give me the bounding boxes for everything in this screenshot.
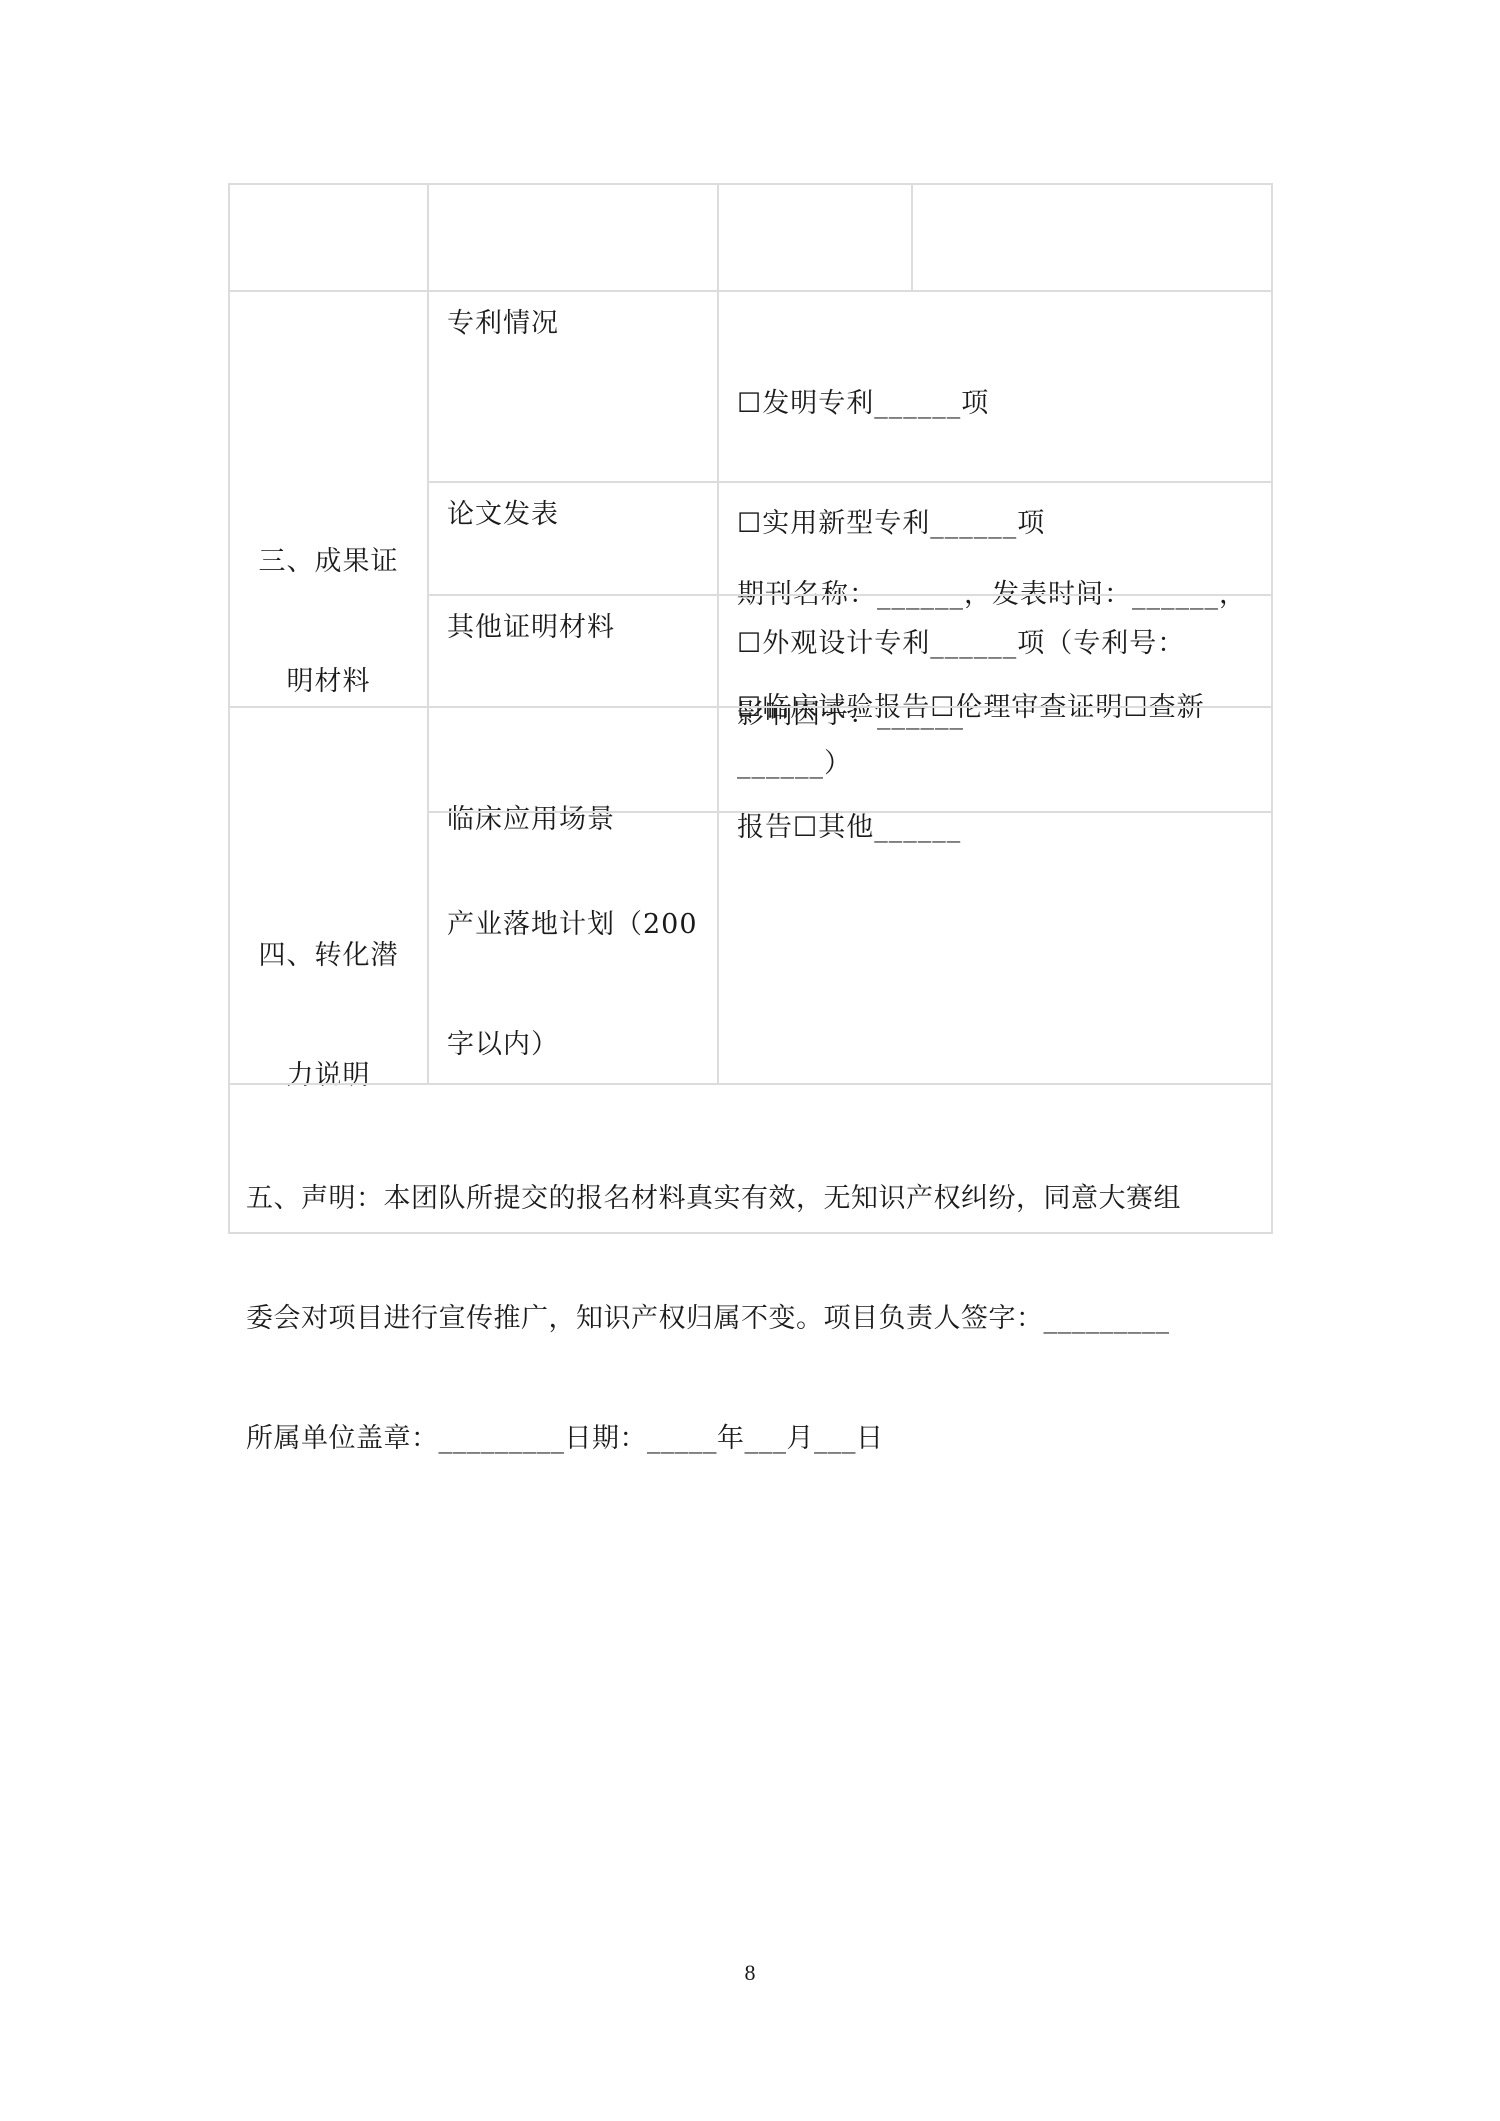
page-number: 8: [0, 1960, 1500, 1986]
declaration-line-3-seal-date[interactable]: 所属单位盖章：_________日期：_____年___月___日: [246, 1419, 1261, 1459]
industry-plan-input[interactable]: [717, 811, 1273, 1085]
declaration-cell: 五、声明：本团队所提交的报名材料真实有效，无知识产权纠纷，同意大赛组 委会对项目…: [228, 1083, 1273, 1234]
section3-title-line-2: 明材料: [230, 662, 427, 702]
paper-label-cell: 论文发表: [427, 481, 719, 596]
clinical-scenario-input[interactable]: [717, 706, 1273, 813]
other-proof-value-cell[interactable]: ☐临床试验报告☐伦理审查证明☐查新 报告☐其他______: [717, 594, 1273, 708]
section3-title-line-1: 三、成果证: [230, 542, 427, 582]
patent-label: 专利情况: [447, 304, 707, 344]
industry-plan-label-line-2: 字以内）: [447, 1025, 707, 1065]
document-page: 三、成果证 明材料 专利情况 ☐发明专利______项 ☐实用新型专利_____…: [0, 0, 1500, 2121]
declaration-line-1: 五、声明：本团队所提交的报名材料真实有效，无知识产权纠纷，同意大赛组: [246, 1179, 1261, 1219]
industry-plan-label-cell: 产业落地计划（200 字以内）: [427, 811, 719, 1085]
clinical-scenario-label-cell: 临床应用场景: [427, 706, 719, 813]
other-proof-label: 其他证明材料: [447, 608, 707, 648]
top-row-cell-3: [717, 183, 913, 292]
paper-label: 论文发表: [447, 495, 707, 535]
patent-label-cell: 专利情况: [427, 290, 719, 483]
patent-value-cell[interactable]: ☐发明专利______项 ☐实用新型专利______项 ☐外观设计专利_____…: [717, 290, 1273, 483]
top-row-cell-2: [427, 183, 719, 292]
invention-patent-checkbox[interactable]: ☐发明专利______项: [737, 384, 1261, 424]
other-proof-label-cell: 其他证明材料: [427, 594, 719, 708]
section4-title-cell: 四、转化潜 力说明: [228, 706, 429, 1085]
paper-value-cell[interactable]: 期刊名称：______，发表时间：______， 影响因子：______: [717, 481, 1273, 596]
top-row-cell-1: [228, 183, 429, 292]
declaration-line-2-signature[interactable]: 委会对项目进行宣传推广，知识产权归属不变。项目负责人签字：_________: [246, 1299, 1261, 1339]
section3-title-cell: 三、成果证 明材料: [228, 290, 429, 708]
declaration-text: 五、声明：本团队所提交的报名材料真实有效，无知识产权纠纷，同意大赛组 委会对项目…: [246, 1099, 1261, 1539]
section4-title-line-1: 四、转化潜: [230, 936, 427, 976]
top-row-cell-4: [911, 183, 1273, 292]
industry-plan-label-line-1: 产业落地计划（200: [447, 905, 707, 945]
